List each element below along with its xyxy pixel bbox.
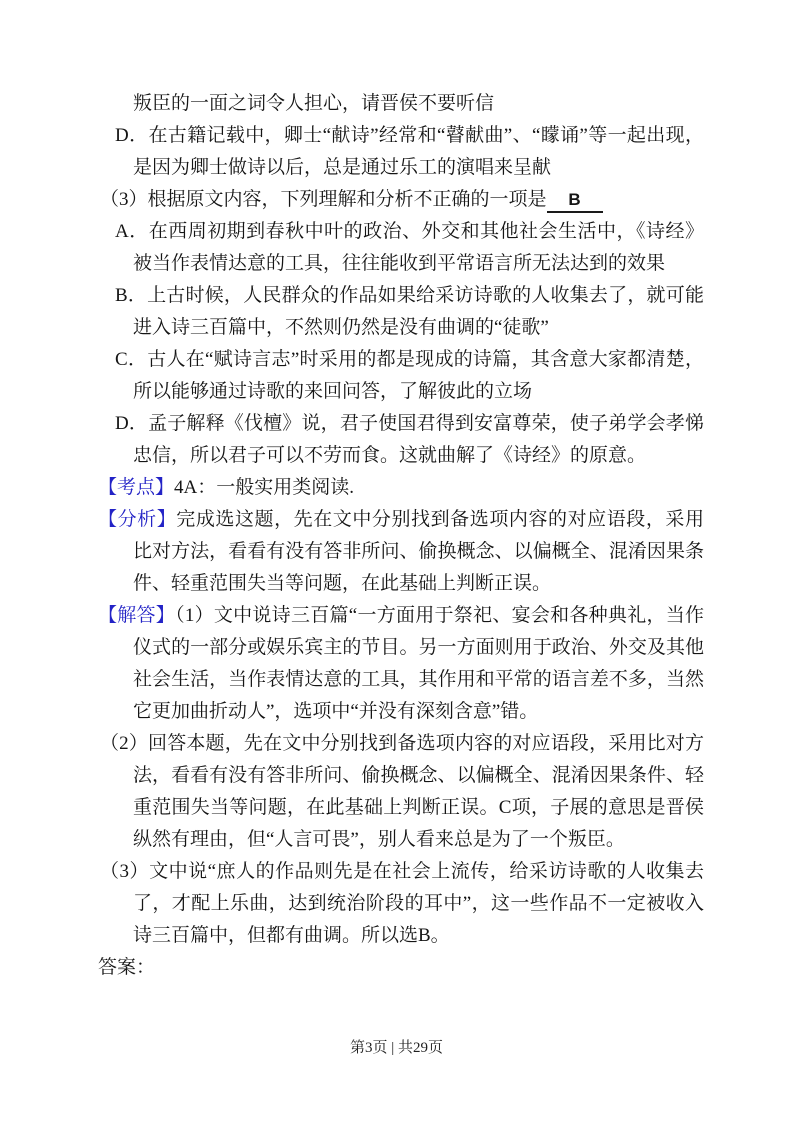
page-indicator: 第3页 | 共29页 bbox=[350, 1040, 443, 1056]
option-label: A． bbox=[115, 221, 149, 242]
question-3-label: （3） bbox=[100, 189, 148, 210]
document-content: 叛臣的一面之词令人担心，请晋侯不要听信 D．在古籍记载中，卿士“献诗”经常和“瞽… bbox=[98, 88, 704, 984]
document-page: 叛臣的一面之词令人担心，请晋侯不要听信 D．在古籍记载中，卿士“献诗”经常和“瞽… bbox=[0, 0, 793, 1122]
option-a: A．在西周初期到春秋中叶的政治、外交和其他社会生活中，《诗经》被当作表情达意的工… bbox=[98, 216, 704, 280]
kaodian-tag: 【考点】 bbox=[98, 477, 174, 498]
carryover-text: 叛臣的一面之词令人担心，请晋侯不要听信 bbox=[98, 88, 704, 120]
answer-heading: 答案： bbox=[98, 952, 704, 984]
section-kaodian: 【考点】4A：一般实用类阅读. bbox=[98, 472, 704, 504]
explanation-2-label: （2） bbox=[100, 733, 148, 754]
question-3-text: 根据原文内容，下列理解和分析不正确的一项是 bbox=[148, 189, 547, 210]
explanation-3-label: （3） bbox=[100, 861, 149, 882]
section-jieda: 【解答】（1）文中说诗三百篇“一方面用于祭祀、宴会和各种典礼，当作仪式的一部分或… bbox=[98, 600, 704, 728]
section-fenxi: 【分析】完成选这题，先在文中分别找到备选项内容的对应语段，采用比对方法，看看有没… bbox=[98, 504, 704, 600]
option-text: 上古时候，人民群众的作品如果给采访诗歌的人收集去了，就可能进入诗三百篇中，不然则… bbox=[133, 285, 704, 338]
question-3: （3）根据原文内容，下列理解和分析不正确的一项是B bbox=[98, 184, 704, 216]
explanation-2: （2）回答本题，先在文中分别找到备选项内容的对应语段，采用比对方法，看看有没有答… bbox=[98, 728, 704, 856]
option-text: 在西周初期到春秋中叶的政治、外交和其他社会生活中，《诗经》被当作表情达意的工具，… bbox=[133, 221, 704, 274]
option-d-previous: D．在古籍记载中，卿士“献诗”经常和“瞽献曲”、“矇诵”等一起出现，是因为卿士做… bbox=[98, 120, 704, 184]
carryover-line: 叛臣的一面之词令人担心，请晋侯不要听信 bbox=[133, 93, 494, 114]
option-label: C． bbox=[115, 349, 147, 370]
option-text: 孟子解释《伐檀》说，君子使国君得到安富尊荣，使子弟学会孝悌忠信，所以君子可以不劳… bbox=[133, 413, 704, 466]
answer-value: B bbox=[568, 190, 580, 209]
kaodian-text: 4A：一般实用类阅读. bbox=[174, 477, 354, 498]
option-text: 在古籍记载中，卿士“献诗”经常和“瞽献曲”、“矇诵”等一起出现，是因为卿士做诗以… bbox=[133, 125, 704, 178]
fenxi-tag: 【分析】 bbox=[98, 509, 176, 530]
explanation-3-text: 文中说“庶人的作品则先是在社会上流传，给采访诗歌的人收集去了，才配上乐曲，达到统… bbox=[133, 861, 704, 946]
page-footer: 第3页 | 共29页 bbox=[0, 1036, 793, 1057]
option-d: D．孟子解释《伐檀》说，君子使国君得到安富尊荣，使子弟学会孝悌忠信，所以君子可以… bbox=[98, 408, 704, 472]
option-label: D． bbox=[115, 413, 148, 434]
explanation-3: （3）文中说“庶人的作品则先是在社会上流传，给采访诗歌的人收集去了，才配上乐曲，… bbox=[98, 856, 704, 952]
jieda-tag: 【解答】 bbox=[98, 605, 175, 626]
option-text: 古人在“赋诗言志”时采用的都是现成的诗篇，其含意大家都清楚，所以能够通过诗歌的来… bbox=[133, 349, 704, 402]
option-c: C．古人在“赋诗言志”时采用的都是现成的诗篇，其含意大家都清楚，所以能够通过诗歌… bbox=[98, 344, 704, 408]
option-b: B．上古时候，人民群众的作品如果给采访诗歌的人收集去了，就可能进入诗三百篇中，不… bbox=[98, 280, 704, 344]
answer-heading-text: 答案： bbox=[98, 957, 155, 978]
jieda-text: （1）文中说诗三百篇“一方面用于祭祀、宴会和各种典礼，当作仪式的一部分或娱乐宾主… bbox=[133, 605, 704, 722]
answer-blank-underline: B bbox=[547, 189, 603, 213]
option-label: D． bbox=[115, 125, 148, 146]
fenxi-text: 完成选这题，先在文中分别找到备选项内容的对应语段，采用比对方法，看看有没有答非所… bbox=[133, 509, 704, 594]
option-label: B． bbox=[115, 285, 147, 306]
explanation-2-text: 回答本题，先在文中分别找到备选项内容的对应语段，采用比对方法，看看有没有答非所问… bbox=[133, 733, 704, 850]
